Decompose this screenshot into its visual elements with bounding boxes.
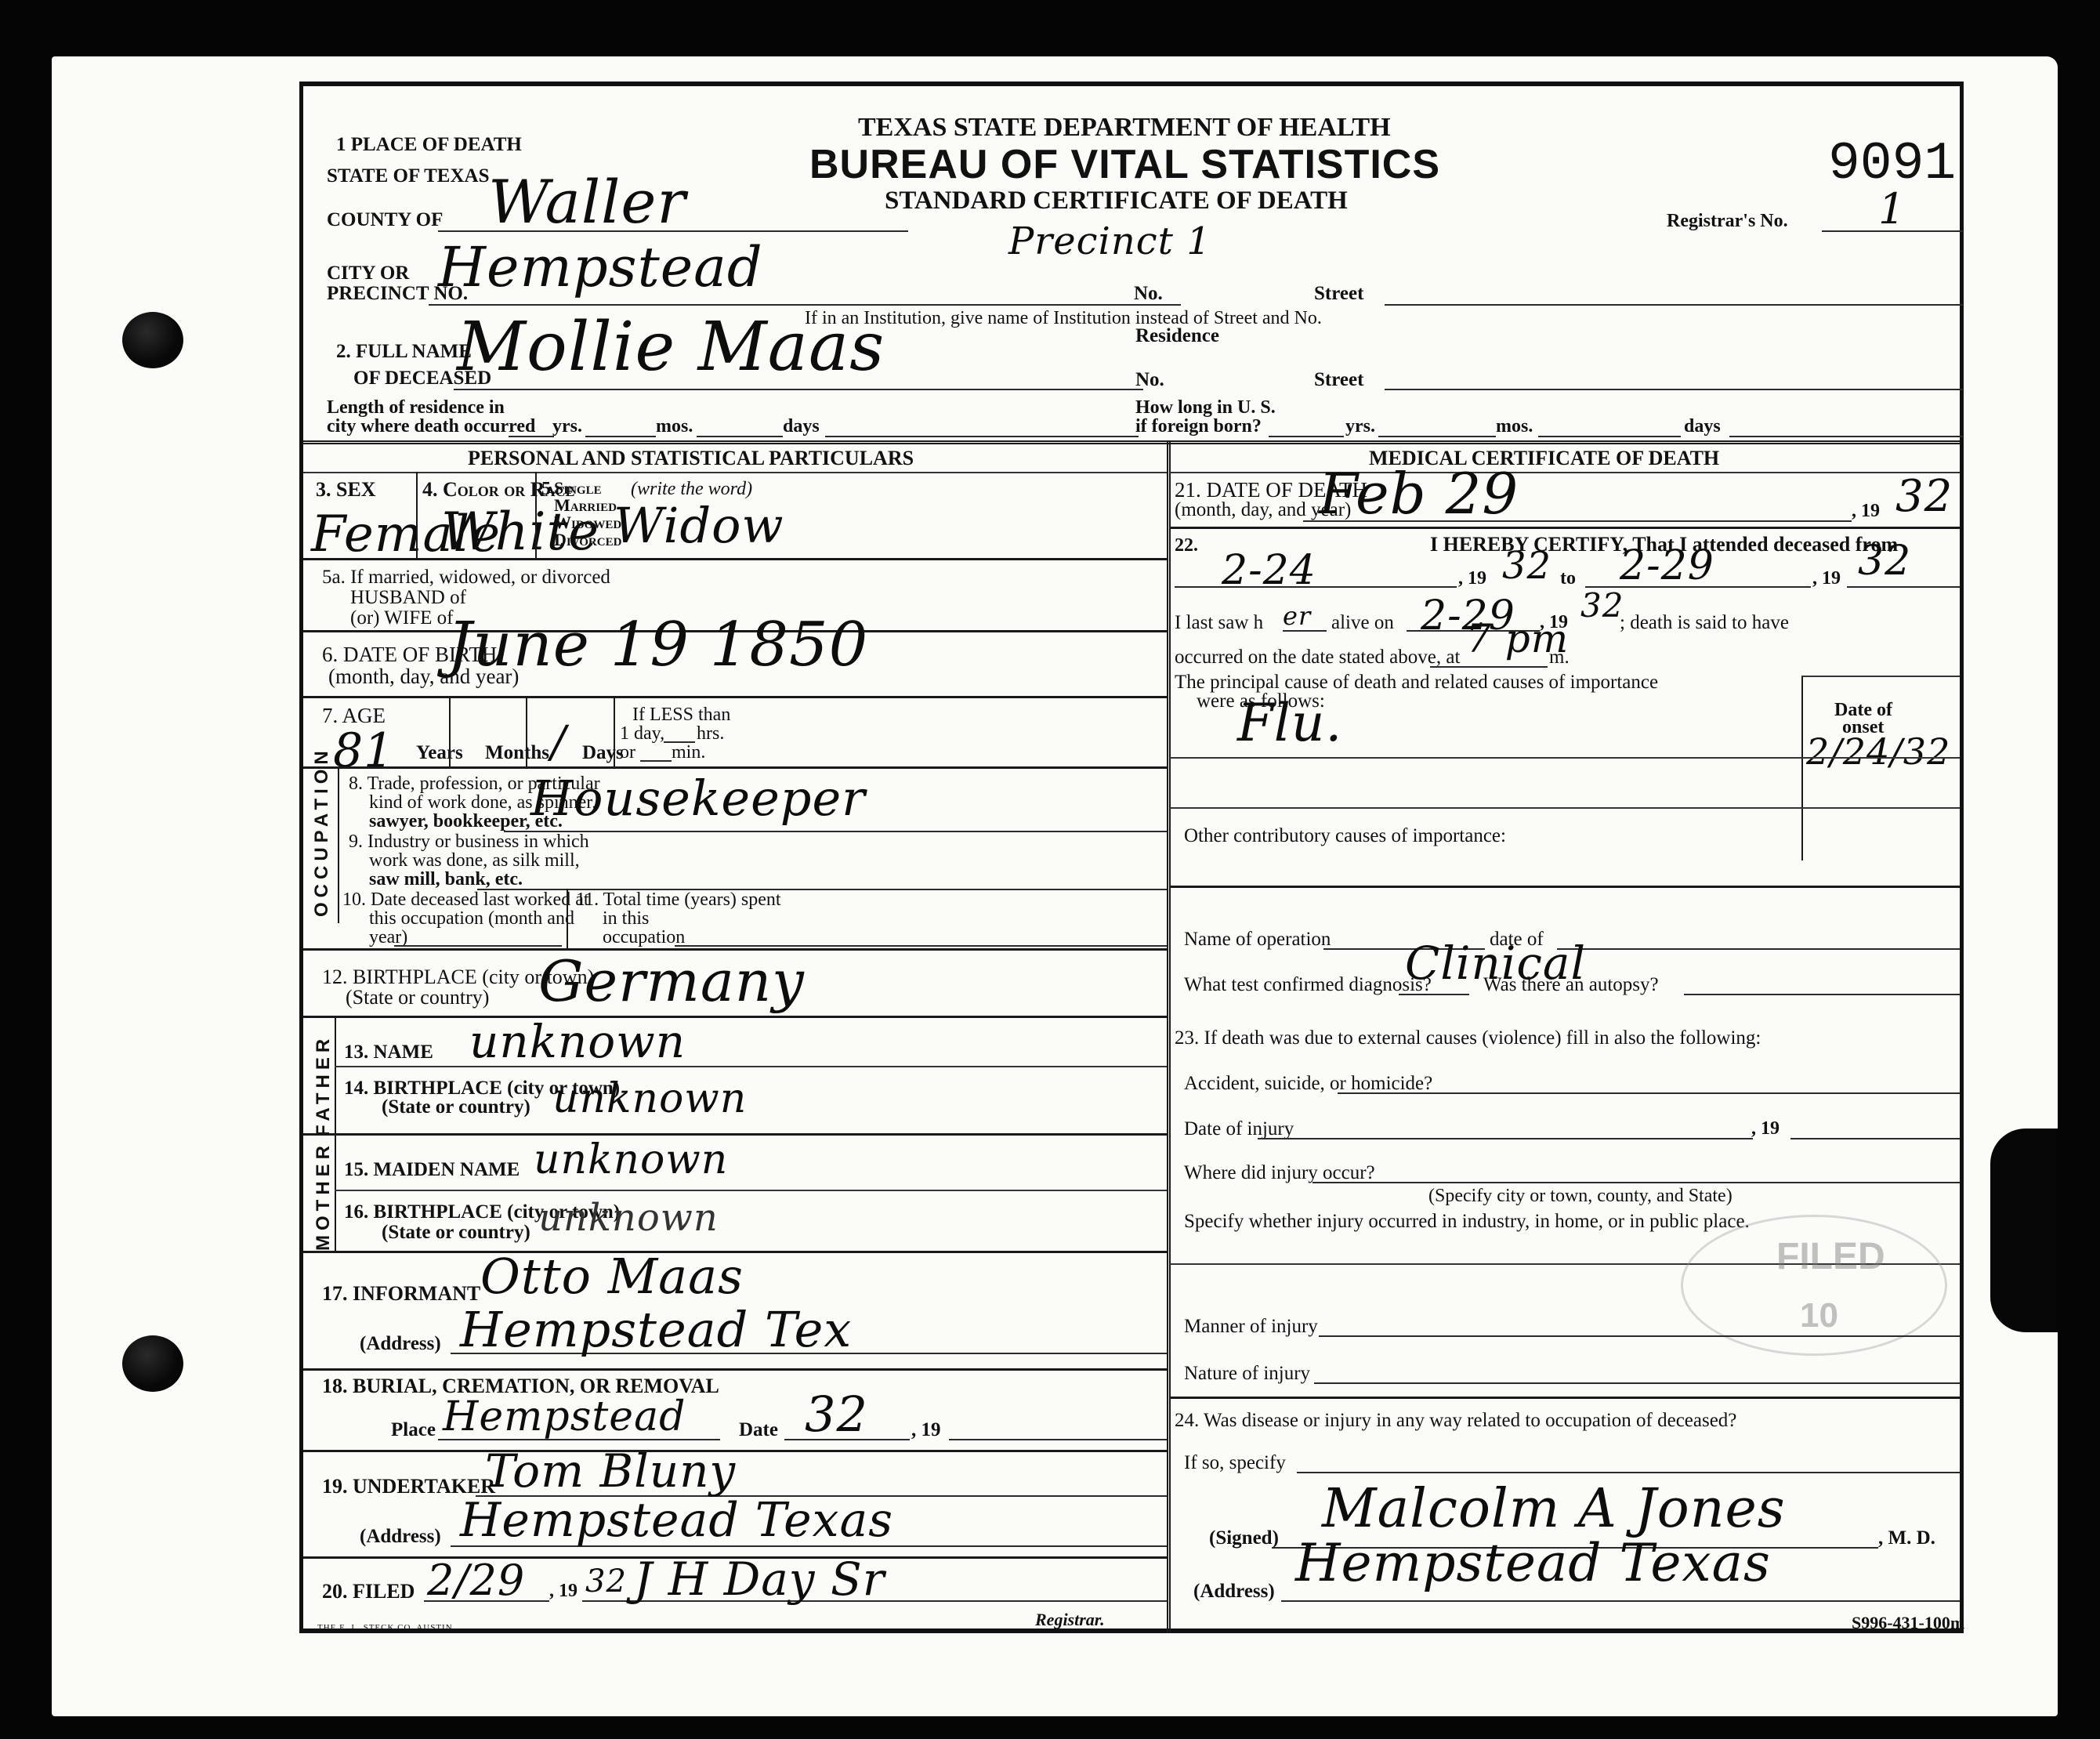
total-time-label-2: in this — [603, 909, 649, 928]
full-name-label-1: 2. FULL NAME — [336, 342, 472, 361]
last-worked-label-2: this occupation (month and — [369, 909, 574, 928]
informant-address-label: (Address) — [360, 1334, 441, 1353]
filed-year-value: 32 — [585, 1566, 627, 1597]
registrar-no-value: 1 — [1878, 188, 1906, 230]
physician-signature: Malcolm A Jones — [1322, 1483, 1786, 1536]
injury-date-label: Date of injury — [1184, 1119, 1294, 1139]
filed-date-value: 2/29 — [427, 1560, 525, 1602]
length-residence-label-2: city where death occurred — [327, 417, 535, 436]
residence-days-label: days — [783, 417, 820, 436]
sex-label: 3. SEX — [316, 480, 376, 500]
certify-num: 22. — [1175, 536, 1198, 555]
marital-value: Widow — [614, 502, 784, 550]
burial-date-value: 32 — [805, 1390, 868, 1439]
physician-address-label: (Address) — [1193, 1581, 1275, 1601]
mother-side-label: MOTHER — [313, 1141, 335, 1251]
less-than-label: If LESS than — [632, 705, 730, 724]
personal-section-title: PERSONAL AND STATISTICAL PARTICULARS — [468, 448, 914, 469]
place-street-label: Street — [1314, 284, 1363, 303]
how-long-us-label-2: if foreign born? — [1135, 417, 1262, 436]
place-no-label: No. — [1134, 284, 1163, 303]
last-saw-label-2: alive on — [1331, 613, 1394, 632]
less-than-hrs-label: hrs. — [697, 724, 724, 743]
spouse-label-1: 5a. If married, widowed, or divorced — [322, 567, 610, 587]
external-heading: 23. If death was due to external causes … — [1175, 1028, 1761, 1048]
md-label: , M. D. — [1878, 1528, 1935, 1548]
department-heading: TEXAS STATE DEPARTMENT OF HEALTH — [858, 114, 1391, 141]
marital-option-divorced: Divorced — [554, 531, 621, 549]
father-name-label: 13. NAME — [344, 1042, 433, 1062]
signed-label: (Signed) — [1209, 1528, 1279, 1548]
residence-no-label: No. — [1135, 370, 1164, 389]
cause-label-1: The principal cause of death and related… — [1175, 672, 1658, 692]
spouse-label-2: HUSBAND of — [350, 588, 466, 607]
attended-to-label: to — [1560, 569, 1576, 588]
informant-value: Otto Maas — [480, 1252, 744, 1301]
said-to-have: ; death is said to have — [1620, 613, 1789, 632]
operation-label: Name of operation — [1184, 929, 1331, 949]
where-label: Where did injury occur? — [1184, 1163, 1375, 1183]
form-number: S996-431-100m — [1852, 1614, 1964, 1632]
full-name-value: Mollie Maas — [457, 313, 885, 381]
burial-date-label: Date — [739, 1420, 778, 1440]
physician-address-value: Hempstead Texas — [1295, 1538, 1771, 1589]
industry-label-3: saw mill, bank, etc. — [369, 870, 523, 889]
binder-clip-shadow — [1990, 1129, 2061, 1332]
marital-option-married: Married — [554, 497, 617, 514]
age-days-value: / — [551, 721, 567, 765]
printer-credit: THE E. L. STECK CO. AUSTIN — [317, 1624, 453, 1632]
occupation-related-label: 24. Was disease or injury in any way rel… — [1175, 1411, 1736, 1430]
registrar-no-label: Registrar's No. — [1667, 212, 1788, 230]
bureau-heading: BUREAU OF VITAL STATISTICS — [809, 144, 1440, 185]
undertaker-address-value: Hempstead Texas — [460, 1497, 893, 1544]
father-birthplace-label-2: (State or country) — [382, 1097, 530, 1117]
where-hint: (Specify city or town, county, and State… — [1428, 1187, 1732, 1205]
test-label: What test confirmed diagnosis? — [1184, 975, 1432, 994]
informant-label: 17. INFORMANT — [322, 1284, 480, 1304]
stamp-text-filed: FILED — [1776, 1235, 1885, 1278]
us-yrs-label: yrs. — [1345, 417, 1375, 436]
punch-hole-icon — [122, 1335, 183, 1392]
certificate-type-heading: STANDARD CERTIFICATE OF DEATH — [885, 188, 1348, 214]
occupation-side-label: OCCUPATION — [311, 746, 333, 917]
accident-label: Accident, suicide, or homicide? — [1184, 1074, 1432, 1093]
registrar-label: Registrar. — [1035, 1611, 1105, 1629]
occurred-label: occurred on the date stated above, at — [1175, 647, 1460, 667]
undertaker-value: Tom Bluny — [485, 1448, 736, 1494]
last-worked-label-1: 10. Date deceased last worked at — [342, 890, 589, 909]
birthplace-value: Germany — [538, 953, 805, 1009]
residence-label: Residence — [1135, 326, 1219, 346]
burial-place-label: Place — [391, 1420, 436, 1440]
state-label: STATE OF TEXAS — [327, 166, 489, 186]
precinct-value: Precinct 1 — [1008, 223, 1211, 260]
attended-to-year: 32 — [1858, 541, 1911, 581]
place-of-death-label: 1 PLACE OF DEATH — [336, 135, 522, 154]
father-name-value: unknown — [469, 1019, 686, 1064]
punch-hole-icon — [122, 312, 183, 368]
how-long-us-label-1: How long in U. S. — [1135, 398, 1276, 417]
father-birthplace-value: unknown — [552, 1078, 747, 1119]
last-saw-her: er — [1283, 603, 1311, 629]
registrar-signature: J H Day Sr — [634, 1556, 885, 1602]
manner-label: Manner of injury — [1184, 1317, 1318, 1336]
trade-value: Housekeeper — [530, 774, 866, 823]
city-label-1: CITY OR — [327, 263, 409, 283]
stamp-text-date: 10 — [1800, 1296, 1838, 1335]
total-time-label-3: occupation — [603, 928, 685, 947]
residence-street-label: Street — [1314, 370, 1363, 389]
marital-option-widowed: Widowed — [554, 514, 621, 531]
industry-label-1: 9. Industry or business in which — [349, 832, 589, 851]
years-label: Years — [416, 743, 463, 763]
birthplace-label-2: (State or country) — [346, 987, 489, 1008]
days-label: Days — [582, 743, 624, 763]
burial-place-value: Hempstead — [443, 1397, 686, 1437]
us-days-label: days — [1684, 417, 1721, 436]
county-value: Waller — [488, 172, 686, 232]
date-of-death-value: Feb 29 — [1319, 466, 1519, 522]
if-so-specify-label: If so, specify — [1184, 1453, 1286, 1473]
date-of-death-year: 32 — [1895, 475, 1953, 519]
county-label: COUNTY OF — [327, 210, 443, 230]
injury-date-year-prefix: , 19 — [1751, 1119, 1780, 1138]
marital-option-single: Single — [554, 480, 602, 497]
industry-label-2: work was done, as silk mill, — [369, 851, 580, 870]
residence-mos-label: mos. — [656, 417, 693, 436]
filed-label: 20. FILED — [322, 1581, 415, 1602]
attended-to: 2-29 — [1620, 545, 1714, 586]
contributory-label: Other contributory causes of importance: — [1184, 826, 1506, 846]
burial-year-prefix: , 19 — [911, 1420, 941, 1440]
attended-to-year-prefix: , 19 — [1812, 569, 1841, 588]
onset-value: 2/24/32 — [1806, 734, 1950, 770]
last-saw-label-1: I last saw h — [1175, 613, 1263, 632]
less-than-day-label: 1 day, — [620, 724, 664, 743]
attended-from: 2-24 — [1222, 550, 1316, 591]
autopsy-label: Was there an autopsy? — [1483, 975, 1659, 994]
spouse-label-3: (or) WIFE of — [350, 608, 453, 628]
filed-year-prefix: , 19 — [549, 1581, 577, 1600]
cause-value: Flu. — [1237, 697, 1342, 749]
mother-maiden-value: unknown — [534, 1139, 728, 1180]
dob-value: June 19 1850 — [447, 614, 868, 676]
last-saw-year: 32 — [1580, 589, 1624, 622]
mother-birthplace-value: unknown — [538, 1199, 719, 1237]
m-label: m. — [1549, 647, 1570, 667]
attended-from-year-prefix: , 19 — [1458, 569, 1486, 588]
specify-label: Specify whether injury occurred in indus… — [1184, 1212, 1750, 1231]
date-of-death-year-prefix: , 19 — [1852, 502, 1880, 520]
residence-yrs-label: yrs. — [552, 417, 582, 436]
attended-from-year: 32 — [1502, 547, 1551, 585]
total-time-label-1: 11. Total time (years) spent — [576, 890, 781, 909]
length-residence-label-1: Length of residence in — [327, 398, 505, 417]
father-side-label: FATHER — [313, 1034, 335, 1136]
certificate-number: 9091 — [1828, 138, 1956, 191]
informant-address-value: Hempstead Tex — [460, 1306, 852, 1354]
less-than-or-label: or — [620, 743, 635, 762]
less-than-min-label: min. — [672, 743, 705, 762]
undertaker-address-label: (Address) — [360, 1527, 441, 1546]
months-label: Months — [485, 743, 549, 763]
mother-maiden-label: 15. MAIDEN NAME — [344, 1160, 520, 1179]
nature-label: Nature of injury — [1184, 1364, 1310, 1383]
mother-birthplace-label-2: (State or country) — [382, 1223, 530, 1242]
last-worked-label-3: year) — [369, 928, 407, 947]
marital-hint: (write the word) — [631, 480, 752, 498]
us-mos-label: mos. — [1496, 417, 1533, 436]
death-certificate-form: TEXAS STATE DEPARTMENT OF HEALTH BUREAU … — [299, 82, 1964, 1633]
city-value: Hempstead — [438, 240, 763, 295]
